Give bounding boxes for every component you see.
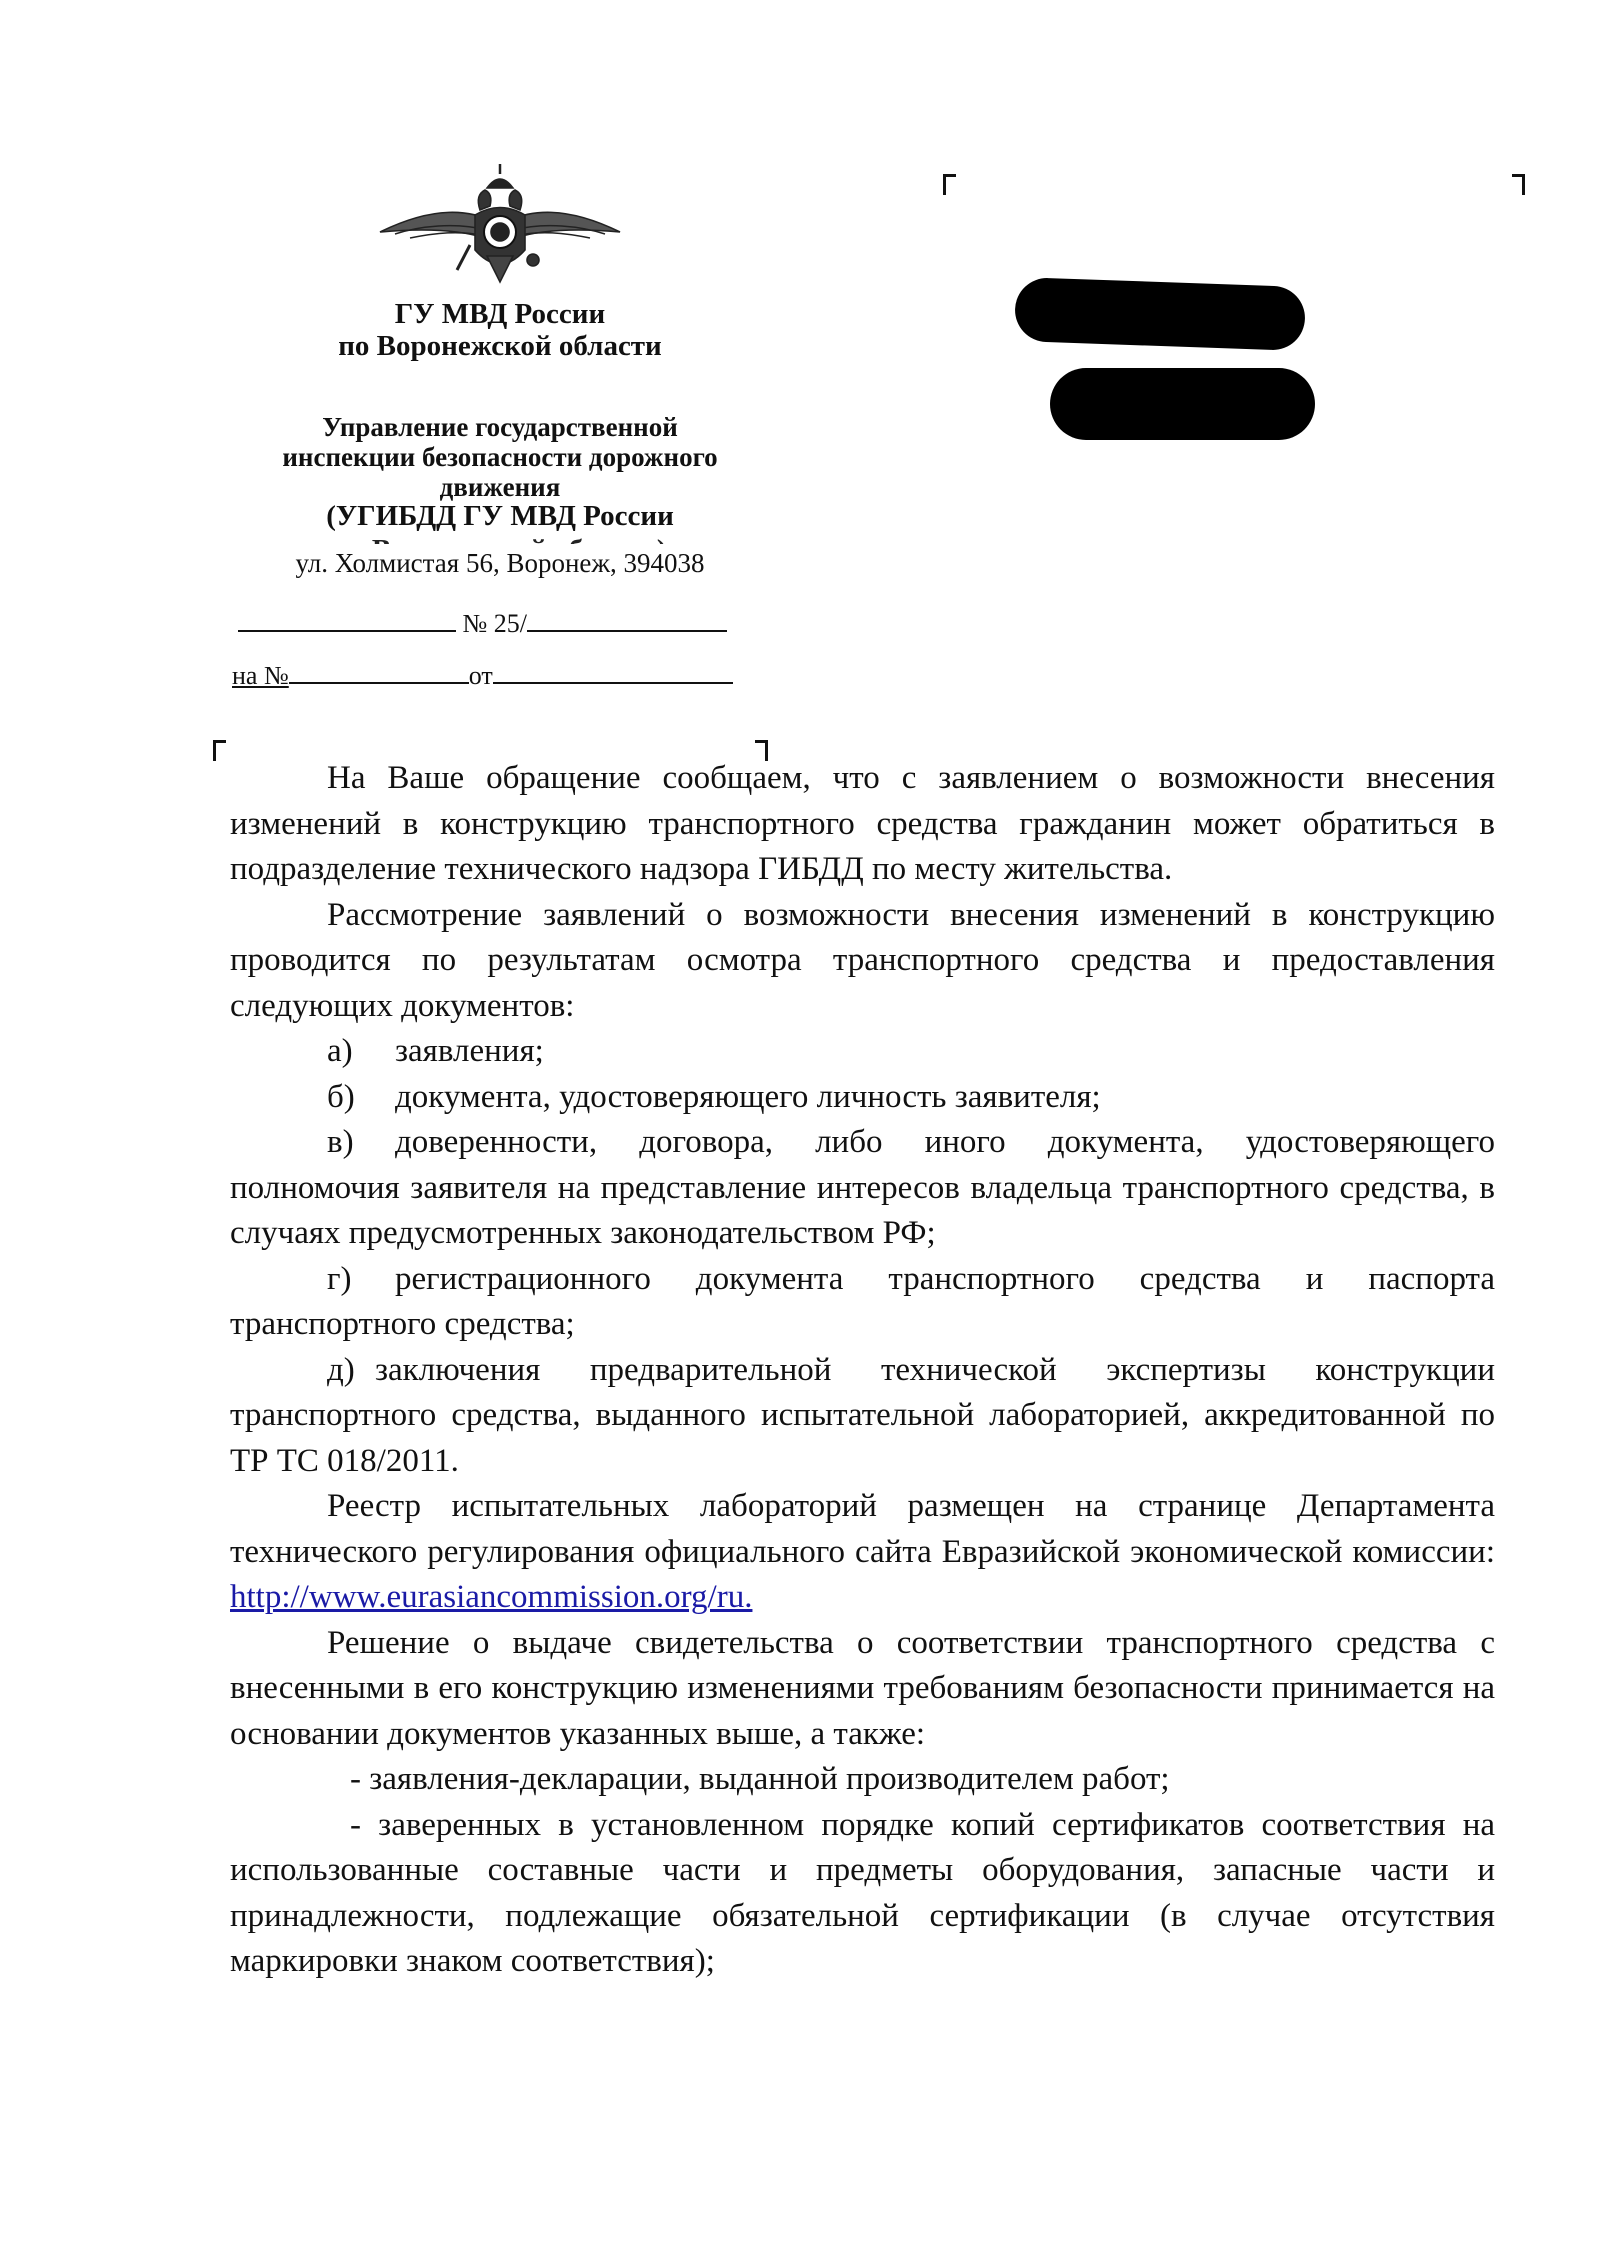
list-item-text: доверенности, договора, либо иного докум…	[230, 1124, 1495, 1251]
mvd-eagle-emblem-icon	[375, 160, 625, 285]
paragraph-4: Решение о выдаче свидетельства о соответ…	[230, 1621, 1495, 1758]
list-item-text: заявления;	[395, 1033, 544, 1069]
department-abbreviation-cut-line: по Воронежской области)	[200, 534, 800, 544]
list-item: б)документа, удостоверяющего личность за…	[230, 1075, 1495, 1121]
list-item: д)заключения предварительной технической…	[230, 1348, 1495, 1485]
dash-item: - заявления-декларации, выданной произво…	[230, 1757, 1495, 1803]
list-item: в)доверенности, договора, либо иного док…	[230, 1120, 1495, 1257]
department-abbreviation: (УГИБДД ГУ МВД России	[200, 500, 800, 532]
corner-mark-top-right	[1512, 174, 1525, 195]
eurasian-commission-link[interactable]: http://www.eurasiancommission.org/ru.	[230, 1579, 752, 1615]
corner-mark-body-left	[213, 740, 226, 761]
dept-line-3: движения	[200, 472, 800, 502]
reference-line: на №от	[232, 658, 733, 691]
redacted-recipient-line-1	[1014, 277, 1306, 351]
ref-from-label: от	[469, 661, 493, 690]
list-marker: а)	[327, 1029, 395, 1075]
reg-number-label: № 25/	[463, 609, 528, 638]
paragraph-3-text: Реестр испытательных лабораторий размеще…	[230, 1488, 1495, 1570]
list-item: г)регистрационного документа транспортно…	[230, 1257, 1495, 1348]
org-line-1: ГУ МВД России	[200, 298, 800, 330]
org-line-2: по Воронежской области	[200, 330, 800, 362]
list-item-text: регистрационного документа транспортного…	[230, 1261, 1495, 1343]
corner-mark-top-left	[943, 174, 956, 195]
registration-number-line: № 25/	[238, 606, 727, 639]
list-marker: в)	[327, 1120, 395, 1166]
list-marker: д)	[327, 1348, 375, 1394]
list-marker: г)	[327, 1257, 395, 1303]
list-item-text: заключения предварительной технической э…	[230, 1352, 1495, 1479]
department-name: Управление государственной инспекции без…	[200, 412, 800, 502]
paragraph-1: На Ваше обращение сообщаем, что с заявле…	[230, 756, 1495, 893]
dept-line-1: Управление государственной	[200, 412, 800, 442]
dept-line-2: инспекции безопасности дорожного	[200, 442, 800, 472]
ref-date-blank	[493, 658, 733, 684]
date-blank	[238, 606, 456, 632]
ref-number-blank	[289, 658, 469, 684]
letter-body: На Ваше обращение сообщаем, что с заявле…	[230, 756, 1495, 1985]
redacted-recipient-line-2	[1050, 368, 1315, 440]
organization-name: ГУ МВД России по Воронежской области	[200, 298, 800, 362]
dash-item: - заверенных в установленном порядке коп…	[230, 1803, 1495, 1985]
address: ул. Холмистая 56, Воронеж, 394038	[200, 548, 800, 579]
list-item-text: документа, удостоверяющего личность заяв…	[395, 1079, 1101, 1115]
reg-number-blank	[527, 606, 727, 632]
paragraph-3: Реестр испытательных лабораторий размеще…	[230, 1484, 1495, 1621]
list-marker: б)	[327, 1075, 395, 1121]
ref-number-label: на №	[232, 661, 289, 690]
list-item: а)заявления;	[230, 1029, 1495, 1075]
paragraph-2: Рассмотрение заявлений о возможности вне…	[230, 893, 1495, 1030]
